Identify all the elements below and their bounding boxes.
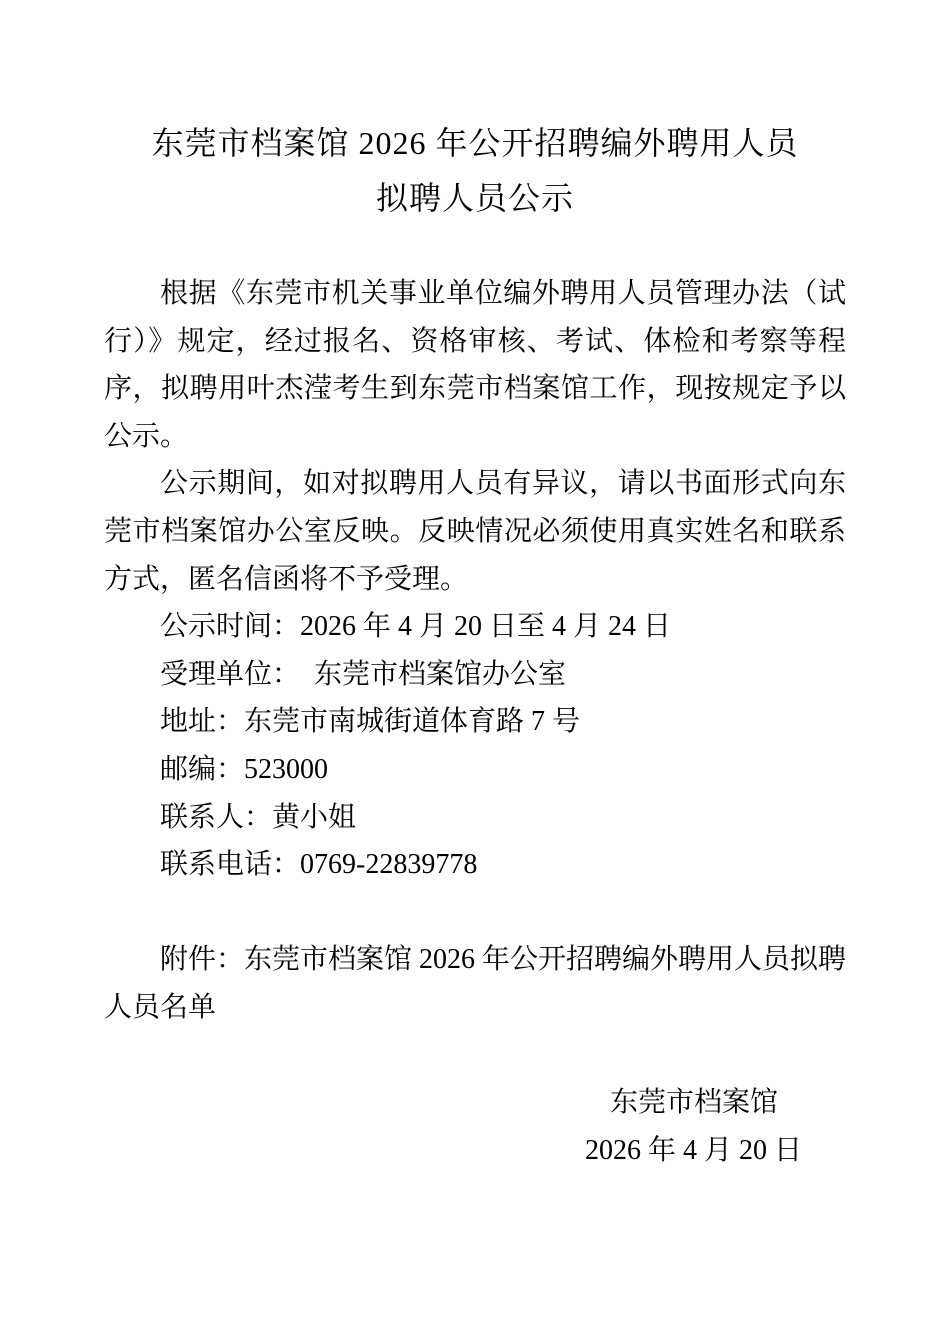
detail-publicity-period: 公示时间：2026 年 4 月 20 日至 4 月 24 日 (104, 603, 846, 651)
signature-organization: 东莞市档案馆 (104, 1079, 846, 1127)
attachment-note: 附件：东莞市档案馆 2026 年公开招聘编外聘用人员拟聘人员名单 (104, 936, 846, 1031)
detail-contact-person: 联系人：黄小姐 (104, 794, 846, 842)
document-page: 东莞市档案馆 2026 年公开招聘编外聘用人员 拟聘人员公示 根据《东莞市机关事… (0, 0, 950, 1343)
document-title: 东莞市档案馆 2026 年公开招聘编外聘用人员 拟聘人员公示 (104, 116, 846, 226)
signature-date: 2026 年 4 月 20 日 (104, 1127, 846, 1175)
title-line-1: 东莞市档案馆 2026 年公开招聘编外聘用人员 (104, 116, 846, 171)
paragraph-basis: 根据《东莞市机关事业单位编外聘用人员管理办法（试行）》规定，经过报名、资格审核、… (104, 270, 846, 460)
detail-accepting-unit: 受理单位： 东莞市档案馆办公室 (104, 651, 846, 699)
detail-address: 地址：东莞市南城街道体育路 7 号 (104, 698, 846, 746)
detail-contact-phone: 联系电话：0769-22839778 (104, 841, 846, 889)
title-line-2: 拟聘人员公示 (104, 171, 846, 226)
detail-postal-code: 邮编：523000 (104, 746, 846, 794)
paragraph-objection: 公示期间，如对拟聘用人员有异议，请以书面形式向东莞市档案馆办公室反映。反映情况必… (104, 460, 846, 603)
